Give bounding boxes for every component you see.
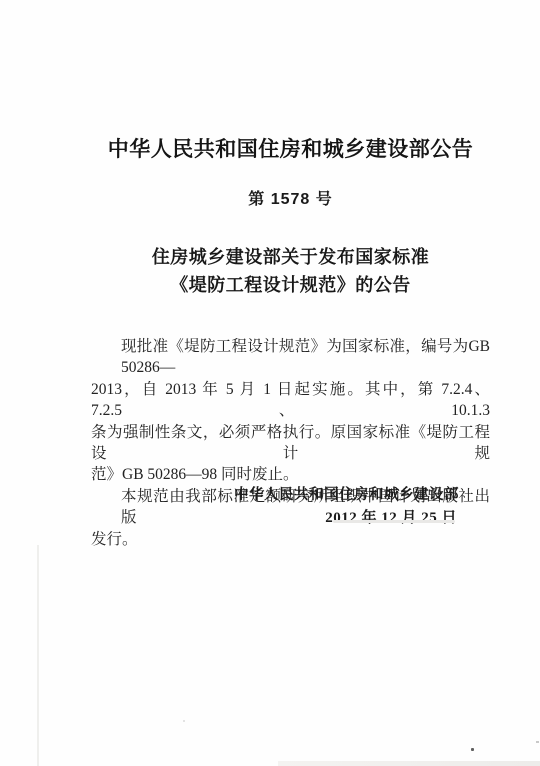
scan-artifact-bottom-smudge [278, 761, 540, 766]
subtitle-line-2: 《堤防工程设计规范》的公告 [91, 271, 490, 299]
document-subtitle: 住房城乡建设部关于发布国家标准 《堤防工程设计规范》的公告 [91, 243, 490, 299]
subtitle-line-1: 住房城乡建设部关于发布国家标准 [91, 243, 490, 271]
issue-date: 2012 年 12 月 25 日 [325, 506, 457, 527]
paragraph1-line-2: 2013，自 2013 年 5 月 1 日起实施。其中，第 7.2.4、7.2.… [91, 379, 490, 422]
issuing-authority: 中华人民共和国住房和城乡建设部 [234, 483, 459, 504]
scan-artifact-speck [471, 748, 474, 751]
scan-artifact-speck [536, 741, 539, 743]
scanned-page: 中华人民共和国住房和城乡建设部公告 第 1578 号 住房城乡建设部关于发布国家… [0, 0, 540, 766]
scan-artifact-date-shadow [333, 520, 455, 523]
scan-artifact-vertical-line [37, 545, 39, 766]
scan-artifact-speck [183, 720, 185, 722]
paragraph1-line-1: 现批准《堤防工程设计规范》为国家标准，编号为GB 50286— [91, 336, 490, 379]
document-number: 第 1578 号 [91, 186, 490, 209]
announcement-document: 中华人民共和国住房和城乡建设部公告 第 1578 号 住房城乡建设部关于发布国家… [91, 0, 490, 766]
paragraph2-line-2: 发行。 [91, 529, 490, 550]
document-title: 中华人民共和国住房和城乡建设部公告 [91, 133, 490, 163]
paragraph1-line-3: 条为强制性条文，必须严格执行。原国家标准《堤防工程设计规 [91, 422, 490, 465]
